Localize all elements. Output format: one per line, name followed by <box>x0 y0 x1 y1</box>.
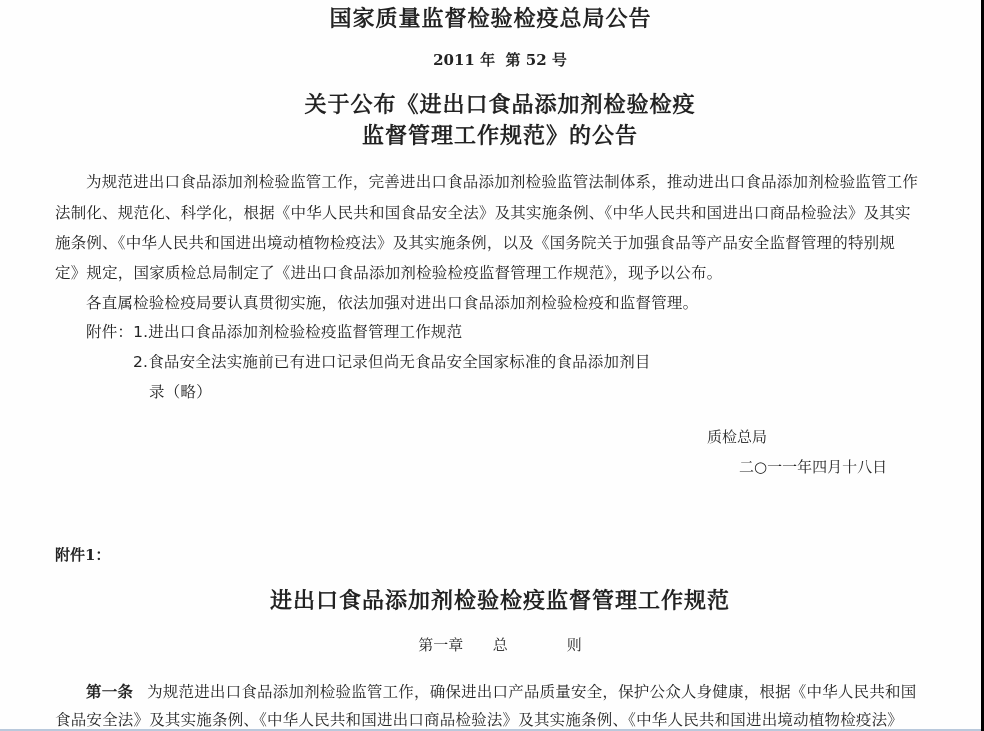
document-number: 2011 年 第 52 号 <box>0 49 981 70</box>
attachment-item-2: 2.食品安全法实施前已有进口记录但尚无食品安全国家标准的食品添加剂目 <box>133 350 651 372</box>
signature-date: 二○一一年四月十八日 <box>739 456 887 477</box>
body-paragraph-2: 各直属检验检疫局要认真贯彻实施，依法加强对进出口食品添加剂检验检疫和监督管理。 <box>86 291 698 313</box>
annex-title: 进出口食品添加剂检验检疫监督管理工作规范 <box>0 584 981 615</box>
body-paragraph-1-line-2: 法制化、规范化、科学化，根据《中华人民共和国食品安全法》及其实施条例、《中华人民… <box>55 201 911 223</box>
notice-title-line-2: 监督管理工作规范》的公告 <box>0 119 981 150</box>
attachments-label: 附件： <box>86 323 133 341</box>
article-1-label: 第一条 <box>86 682 133 701</box>
signature-issuer: 质检总局 <box>707 426 767 447</box>
attachment-item-1: 1.进出口食品添加剂检验检疫监督管理工作规范 <box>133 323 462 341</box>
notice-title-line-1: 关于公布《进出口食品添加剂检验检疫 <box>0 88 981 119</box>
annex-label: 附件1： <box>55 544 110 565</box>
attachment-item-2-continued: 录（略） <box>149 380 212 402</box>
body-paragraph-1-line-1: 为规范进出口食品添加剂检验监管工作，完善进出口食品添加剂检验监管法制体系，推动进… <box>86 170 918 192</box>
chapter-heading: 第一章 总 则 <box>0 634 981 655</box>
body-paragraph-1-line-3: 施条例、《中华人民共和国进出境动植物检疫法》及其实施条例，以及《国务院关于加强食… <box>55 231 895 253</box>
document-page: 国家质量监督检验检疫总局公告 2011 年 第 52 号 关于公布《进出口食品添… <box>0 0 981 729</box>
article-1-line-2: 食品安全法》及其实施条例、《中华人民共和国进出口商品检验法》及其实施条例、《中华… <box>55 708 903 729</box>
article-1-text: 为规范进出口食品添加剂检验监管工作，确保进出口产品质量安全，保护公众人身健康，根… <box>147 683 916 701</box>
body-paragraph-1-line-4: 定》规定，国家质检总局制定了《进出口食品添加剂检验检疫监督管理工作规范》，现予以… <box>55 261 722 283</box>
article-1-line-1: 第一条为规范进出口食品添加剂检验监管工作，确保进出口产品质量安全，保护公众人身健… <box>86 680 916 702</box>
attachments-list: 附件：1.进出口食品添加剂检验检疫监督管理工作规范 <box>86 320 462 342</box>
issuer-title: 国家质量监督检验检疫总局公告 <box>0 2 981 33</box>
